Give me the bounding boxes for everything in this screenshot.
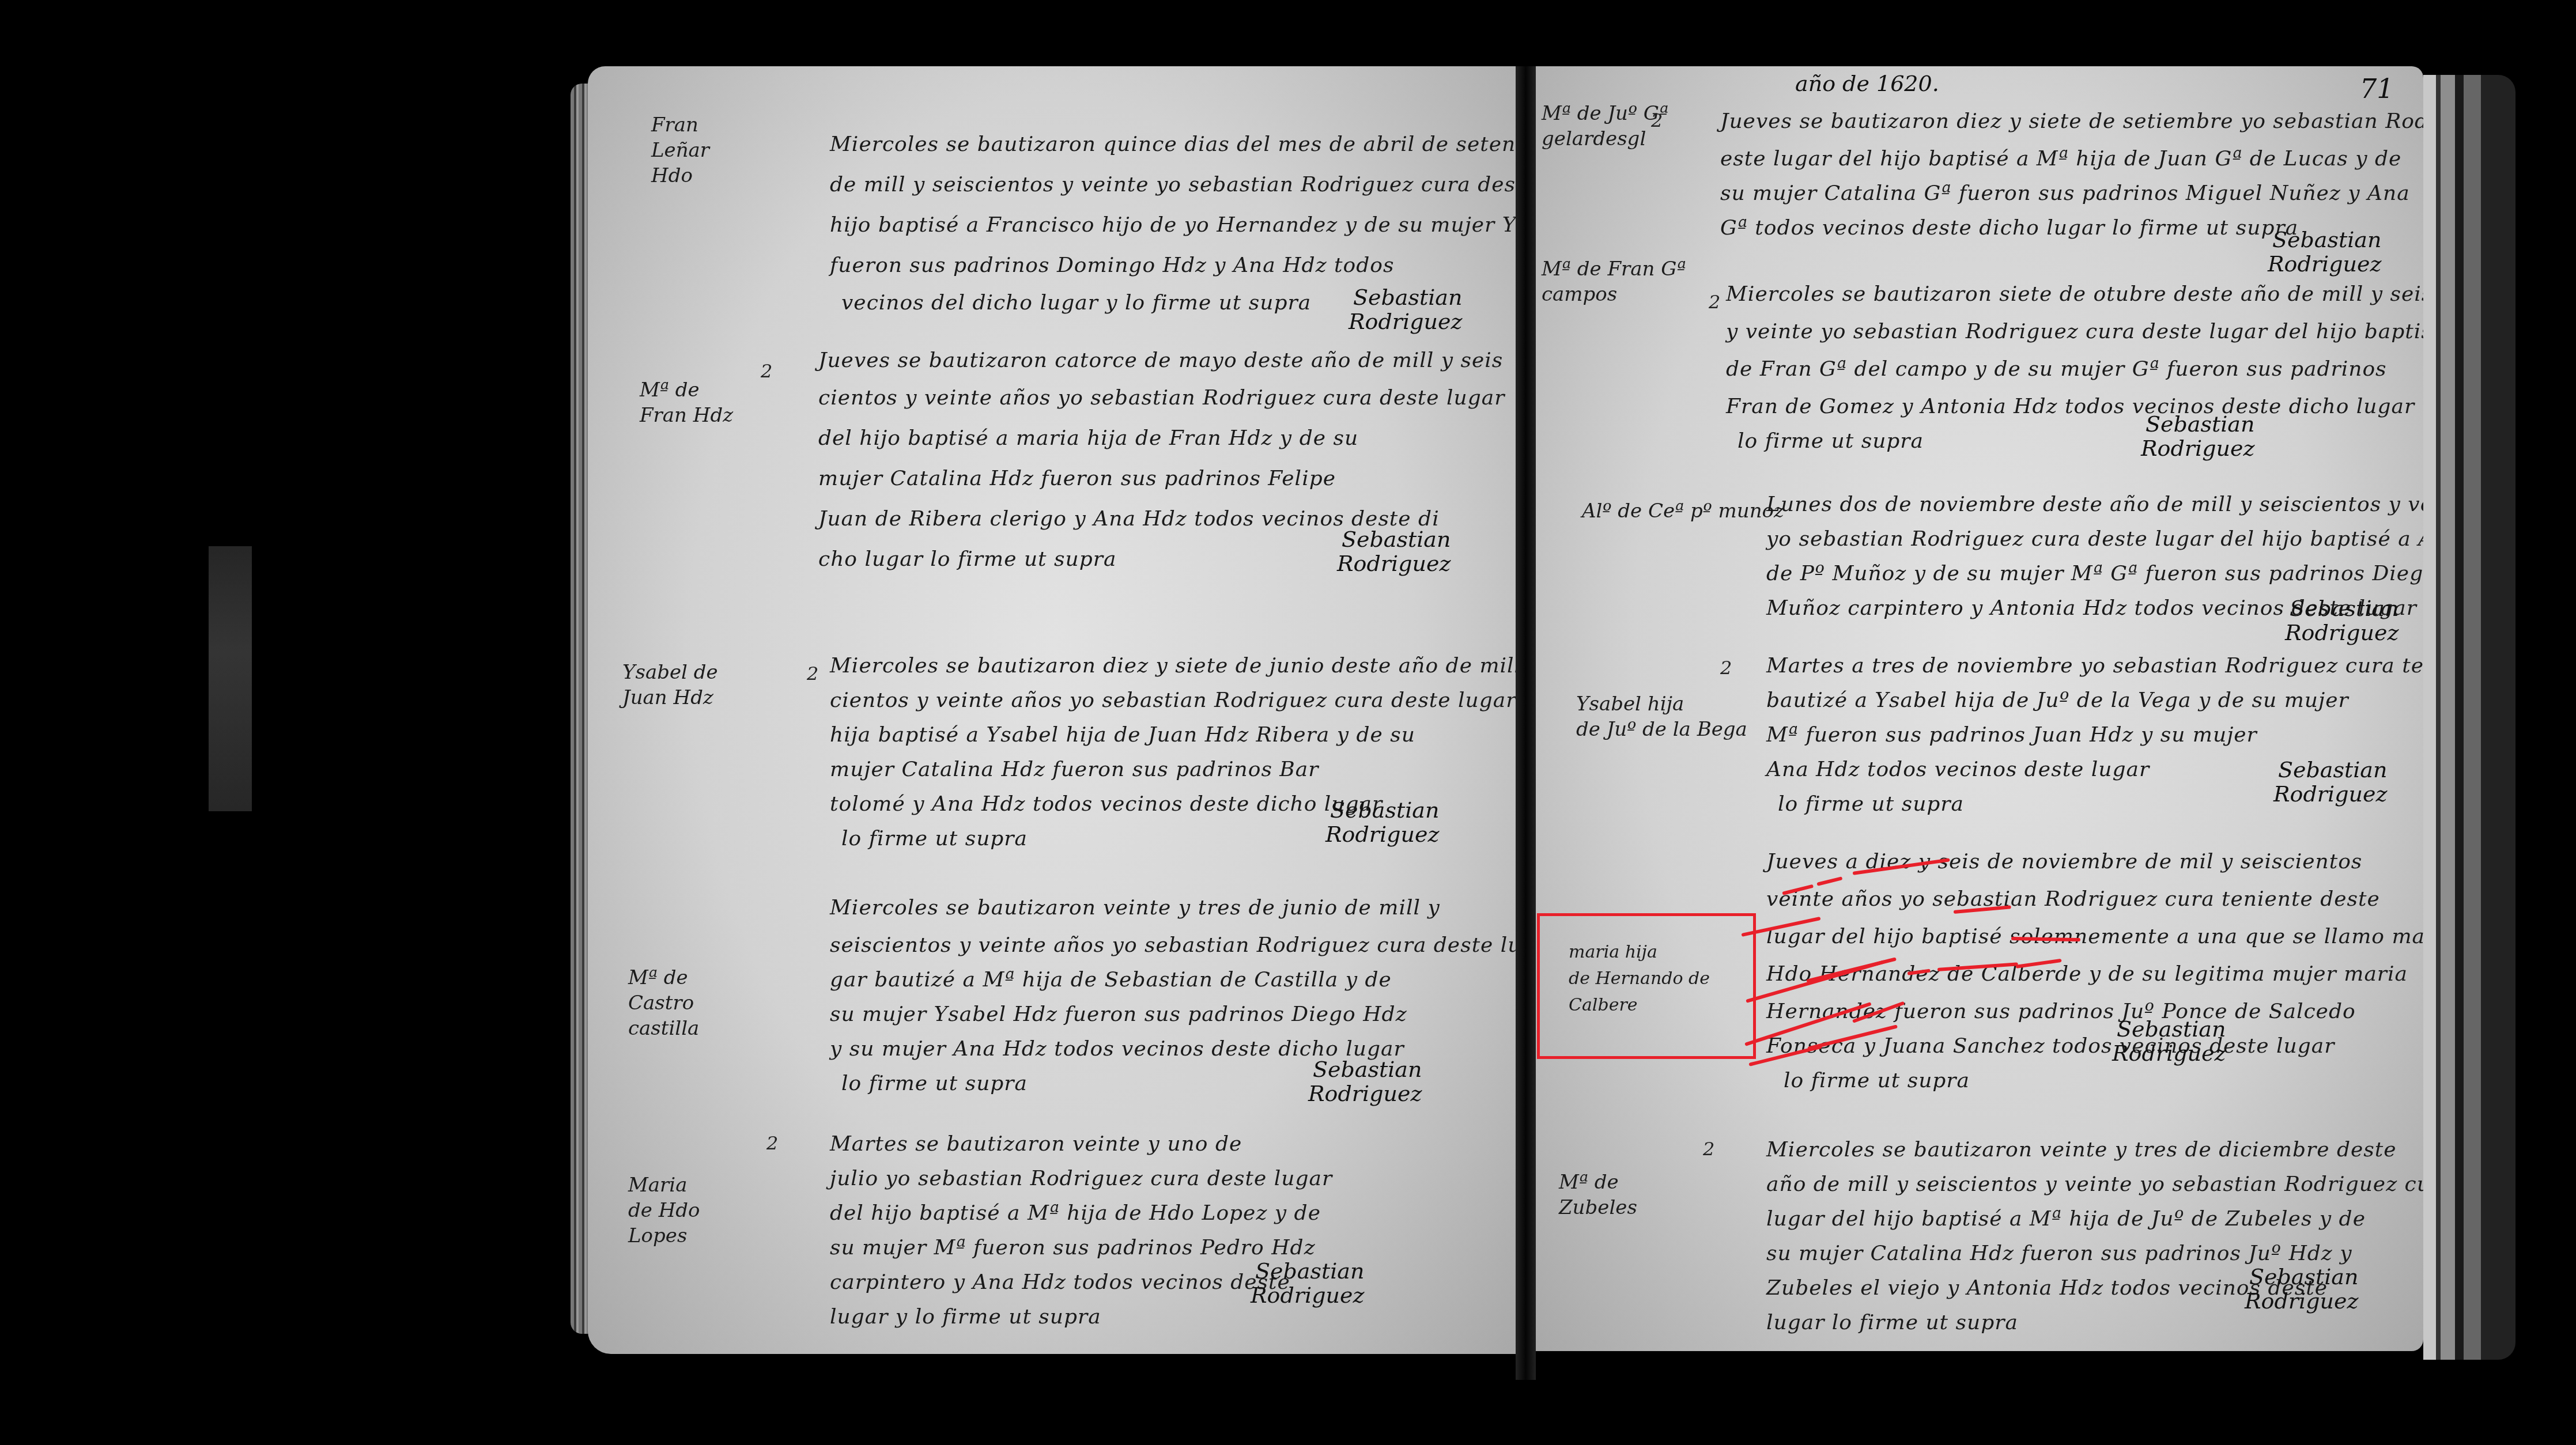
entry-line: tolomé y Ana Hdz todos vecinos deste dic… <box>830 792 1383 816</box>
highlighted-margin-note: maria hija de Hernando de Calbere <box>1569 939 1710 1019</box>
entry-line: lo firme ut supra <box>1738 429 1924 453</box>
document-viewer: Fran Leñar Hdo Mª de Fran Hdz Ysabel de … <box>0 0 2576 1445</box>
entry-line: lugar y lo firme ut supra <box>830 1305 1101 1329</box>
entry-line: Miercoles se bautizaron siete de otubre … <box>1726 282 2423 306</box>
entry-line: cientos y veinte años yo sebastian Rodri… <box>818 386 1505 410</box>
entry-line: su mujer Mª fueron sus padrinos Pedro Hd… <box>830 1236 1316 1259</box>
left-page: Fran Leñar Hdo Mª de Fran Hdz Ysabel de … <box>588 66 1516 1354</box>
entry-line: hijo baptisé a Francisco hijo de yo Hern… <box>830 213 1516 237</box>
entry-line: Mª fueron sus padrinos Juan Hdz y su muj… <box>1766 723 2257 747</box>
margin-note: Alº de Ceª pº munoz <box>1582 498 1784 524</box>
margin-note: Mª de Fran Gª campos <box>1542 256 1686 307</box>
entry-line: lugar del hijo baptisé solemnemente a un… <box>1766 925 2423 948</box>
right-page: año de 1620. 71 Mª de Juº Gª gelardesgl … <box>1536 66 2423 1351</box>
curate-signature: Sebastian Rodriguez <box>2268 228 2381 276</box>
curate-signature: Sebastian Rodriguez <box>1325 798 1439 846</box>
curate-signature: Sebastian Rodriguez <box>2285 596 2399 645</box>
entry-line: hija baptisé a Ysabel hija de Juan Hdz R… <box>830 723 1415 747</box>
entry-line: gar bautizé a Mª hija de Sebastian de Ca… <box>830 968 1392 992</box>
entry-line: Lunes dos de noviembre deste año de mill… <box>1766 493 2423 516</box>
entry-number: 2 <box>1709 291 1720 313</box>
curate-signature: Sebastian Rodriguez <box>2112 1017 2226 1065</box>
entry-line: seiscientos y veinte años yo sebastian R… <box>830 933 1516 957</box>
entry-line: vecinos del dicho lugar y lo firme ut su… <box>841 291 1311 315</box>
entry-line: del hijo baptisé a Mª hija de Hdo Lopez … <box>830 1201 1321 1225</box>
highlight-box: maria hija de Hernando de Calbere <box>1537 913 1756 1059</box>
entry-line: su mujer Catalina Hdz fueron sus padrino… <box>1766 1242 2352 1265</box>
entry-number: 2 <box>1651 109 1663 131</box>
curate-signature: Sebastian Rodriguez <box>2245 1265 2358 1313</box>
curate-signature: Sebastian Rodriguez <box>2273 758 2387 806</box>
entry-number: 2 <box>766 1132 778 1154</box>
curate-signature: Sebastian Rodriguez <box>1349 285 1462 334</box>
entry-line: lo firme ut supra <box>841 1072 1028 1095</box>
entry-line: yo sebastian Rodriguez cura deste lugar … <box>1766 527 2423 551</box>
entry-line: cho lugar lo firme ut supra <box>818 547 1116 571</box>
curate-signature: Sebastian Rodriguez <box>1251 1259 1364 1307</box>
entry-line: mujer Catalina Hdz fueron sus padrinos F… <box>818 467 1336 490</box>
margin-note: Ysabel hija de Juº de la Bega <box>1576 691 1747 742</box>
entry-line: Jueves se bautizaron catorce de mayo des… <box>818 349 1503 372</box>
entry-line: su mujer Catalina Gª fueron sus padrinos… <box>1720 181 2410 205</box>
book-gutter <box>1516 66 1536 1380</box>
curate-signature: Sebastian Rodriguez <box>2141 412 2254 460</box>
entry-line: de mill y seiscientos y veinte yo sebast… <box>830 173 1516 196</box>
entry-line: Miercoles se bautizaron diez y siete de … <box>830 654 1516 678</box>
entry-number: 2 <box>761 360 772 382</box>
entry-line: su mujer Ysabel Hdz fueron sus padrinos … <box>830 1003 1407 1026</box>
entry-number: 2 <box>807 663 818 684</box>
entry-line: Miercoles se bautizaron veinte y tres de… <box>830 896 1440 920</box>
entry-line: mujer Catalina Hdz fueron sus padrinos B… <box>830 758 1319 781</box>
entry-line: Martes se bautizaron veinte y uno de <box>830 1132 1242 1156</box>
entry-line: año de mill y seiscientos y veinte yo se… <box>1766 1172 2423 1196</box>
entry-number: 2 <box>1703 1138 1714 1160</box>
margin-note: Mª de Juº Gª gelardesgl <box>1542 101 1668 152</box>
entry-line: Gª todos vecinos deste dicho lugar lo fi… <box>1720 216 2298 240</box>
entry-line: julio yo sebastian Rodriguez cura deste … <box>830 1167 1332 1190</box>
entry-line: fueron sus padrinos Domingo Hdz y Ana Hd… <box>830 254 1394 277</box>
entry-line: Fran de Gomez y Antonia Hdz todos vecino… <box>1726 395 2415 418</box>
curate-signature: Sebastian Rodriguez <box>1308 1057 1422 1106</box>
margin-note: Mª de Castro castilla <box>628 965 699 1041</box>
entry-line: Jueves se bautizaron diez y siete de set… <box>1720 109 2423 133</box>
entry-line: de Fran Gª del campo y de su mujer Gª fu… <box>1726 357 2387 381</box>
scan-artifact-strip <box>209 546 252 811</box>
entry-line: y veinte yo sebastian Rodriguez cura des… <box>1726 320 2423 343</box>
entry-line: lugar del hijo baptisé a Mª hija de Juº … <box>1766 1207 2366 1231</box>
curate-signature: Sebastian Rodriguez <box>1337 527 1451 576</box>
year-header: año de 1620. <box>1795 71 1939 96</box>
register-book: Fran Leñar Hdo Mª de Fran Hdz Ysabel de … <box>571 66 2513 1374</box>
entry-line: lo firme ut supra <box>1778 792 1964 816</box>
entry-line: lo firme ut supra <box>841 827 1028 850</box>
entry-line: veinte años yo sebastian Rodriguez cura … <box>1766 887 2380 911</box>
margin-note: Mª de Zubeles <box>1559 1170 1637 1220</box>
entry-line: Miercoles se bautizaron veinte y tres de… <box>1766 1138 2397 1162</box>
entry-line: lo firme ut supra <box>1784 1069 1970 1092</box>
entry-line: de Pº Muñoz y de su mujer Mª Gª fueron s… <box>1766 562 2423 585</box>
entry-line: bautizé a Ysabel hija de Juº de la Vega … <box>1766 689 2349 712</box>
entry-line: carpintero y Ana Hdz todos vecinos deste <box>830 1270 1290 1294</box>
entry-line: cientos y veinte años yo sebastian Rodri… <box>830 689 1516 712</box>
entry-line: lugar lo firme ut supra <box>1766 1311 2018 1334</box>
folio-number: 71 <box>2360 73 2394 104</box>
entry-number: 2 <box>1720 657 1732 679</box>
margin-note: Ysabel de Juan Hdz <box>622 660 718 710</box>
entry-line: Jueves a diez y seis de noviembre de mil… <box>1766 850 2362 873</box>
margin-note: Fran Leñar Hdo <box>651 112 709 188</box>
entry-line: Zubeles el viejo y Antonia Hdz todos vec… <box>1766 1276 2328 1300</box>
entry-line: Ana Hdz todos vecinos deste lugar <box>1766 758 2150 781</box>
margin-note: Mª de Fran Hdz <box>640 377 733 428</box>
entry-line: Martes a tres de noviembre yo sebastian … <box>1766 654 2423 678</box>
entry-line: del hijo baptisé a maria hija de Fran Hd… <box>818 426 1358 450</box>
entry-line: este lugar del hijo baptisé a Mª hija de… <box>1720 147 2401 171</box>
entry-line: Miercoles se bautizaron quince dias del … <box>830 133 1516 156</box>
margin-note: Maria de Hdo Lopes <box>628 1172 700 1249</box>
page-edges-right <box>2423 75 2515 1360</box>
